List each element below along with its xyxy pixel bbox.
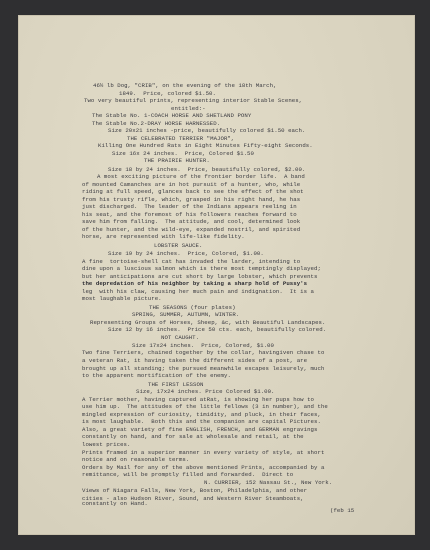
text-line: the depredation of his neighbor by takin… [82, 280, 307, 287]
text-line: constantly on Hand. [82, 500, 148, 507]
text-line: Size 17x24 inches. Price, Colored, $1.00 [132, 342, 274, 349]
text-line: save him from falling. The attitude, and… [82, 218, 300, 225]
text-line: horse, are represented with life-like fi… [82, 233, 245, 240]
text-line: brought up all standing; the pursued mea… [82, 365, 324, 372]
text-line: Orders by Mail for any of the above ment… [82, 464, 324, 471]
text-line: Size 16x 24 inches. Price, Colored $1.50 [112, 150, 254, 157]
text-line: A fine tortoise-shell cat has invaded th… [82, 258, 300, 265]
text-line: from his trusty rifle, which, grasped in… [82, 196, 300, 203]
text-line: Two fine Terriers, chained together by t… [82, 349, 324, 356]
text-line: to the apparent mortification of the ene… [82, 372, 231, 379]
text-line: riding at full speed, glances back to se… [82, 188, 304, 195]
text-line: LOBSTER SAUCE. [154, 242, 202, 249]
text-line: notice and on reasonable terms. [82, 456, 189, 463]
text-line: (feb 15 [330, 507, 354, 514]
text-line: just discharged. The leader of the India… [82, 203, 297, 210]
text-line: a veteran Rat, it having taken the diffe… [82, 357, 307, 364]
text-line: mingled expression of curiosity, timidit… [82, 411, 321, 418]
text-line: Size 12 by 16 inches. Price 50 cts. each… [108, 326, 326, 333]
text-line: A most exciting picture of the frontier … [97, 173, 305, 180]
text-line: his seat, and the foremost of his follow… [82, 211, 297, 218]
text-line: constantly on hand, and for sale at whol… [82, 433, 304, 440]
text-line: of the hunter, and the wild-eye, expande… [82, 226, 300, 233]
text-line: is most laughable. Both this and the com… [82, 418, 321, 425]
text-line: THE PRAIRIE HUNTER. [144, 157, 210, 164]
text-line: remittance, will be promptly filled and … [82, 471, 293, 478]
text-line: THE SEASONS (four plates) [149, 304, 236, 311]
text-line: NOT CAUGHT. [161, 334, 199, 341]
text-line: 1849. Price, colored $1.50. [119, 90, 216, 97]
text-line: Size, 17x24 inches. Price Colored $1.00. [136, 388, 275, 395]
text-line: most laughable picture. [82, 295, 162, 302]
text-line: THE FIRST LESSON [148, 381, 203, 388]
text-line: Also, a great variety of fine ENGLISH, F… [82, 426, 318, 433]
text-line: Size 20x21 inches -price, beautifully co… [108, 127, 305, 134]
text-line: 46½ lb Dog, "CRIB", on the evening of th… [93, 82, 277, 89]
text-line: The Stable No.2-DRAY HORSE HARNESSED. [92, 120, 220, 127]
text-line: A Terrier mother, having captured atRat,… [82, 396, 314, 403]
text-line: Views of Niagara Falls, New York, Boston… [82, 487, 307, 494]
text-line: Prints framed in a superior manner in ev… [82, 449, 324, 456]
text-line: THE CELEBRATED TERRIER "MAJOR", [127, 135, 234, 142]
document-page: 46½ lb Dog, "CRIB", on the evening of th… [18, 15, 415, 535]
text-line: leg with his claw, causing her much pain… [82, 288, 314, 295]
typewritten-text: 46½ lb Dog, "CRIB", on the evening of th… [18, 15, 415, 535]
text-line: SPRING, SUMMER, AUTUMN, WINTER. [132, 311, 239, 318]
text-line: Two very beautiful prints, representing … [84, 97, 302, 104]
text-line: of mounted Camanches are in hot pursuit … [82, 181, 300, 188]
text-line: Killing One Hundred Rats in Eight Minute… [98, 142, 313, 149]
text-line: entitled:- [171, 105, 206, 112]
text-line: lowest prices. [82, 441, 130, 448]
text-line: dine upon a luscious salmon which is the… [82, 265, 321, 272]
text-line: Size 18 by 24 inches. Price, beautifully… [108, 166, 305, 173]
text-line: The Stable No. 1-COACH HORSE AND SHETLAN… [92, 112, 251, 119]
text-line: but her anticipations are cut short by l… [82, 273, 318, 280]
text-line: use him up. The attitudes of the little … [82, 403, 328, 410]
text-line: Representing Groups of Horses, Sheep, &c… [90, 319, 326, 326]
text-line: N. CURRIER, 152 Nassau St., New York. [204, 479, 332, 486]
text-line: Size 19 by 24 inches. Price, Colored, $1… [108, 250, 264, 257]
